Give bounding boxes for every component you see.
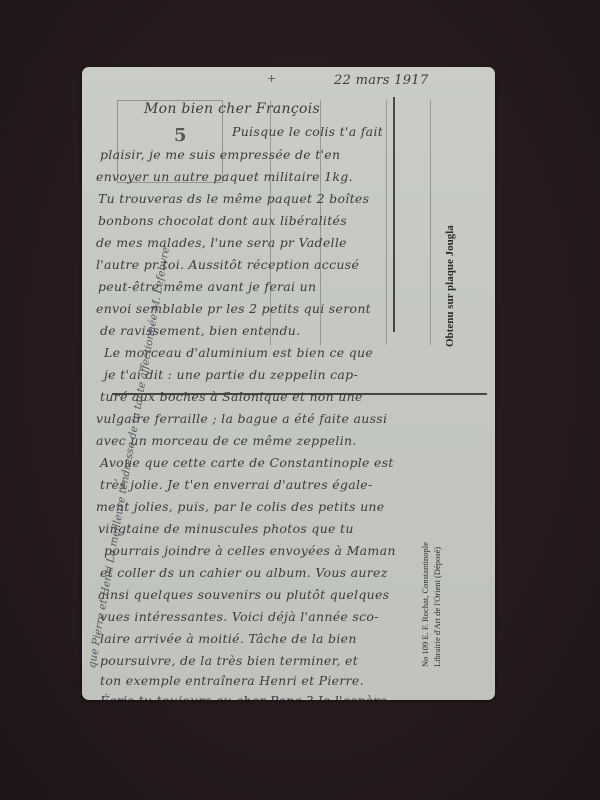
- letter-line: poursuivre, de la très bien terminer, et: [100, 653, 358, 668]
- top-mark: +: [267, 72, 276, 85]
- letter-line: ment jolies, puis, par le colis des peti…: [96, 499, 384, 514]
- letter-line: envoyer un autre paquet militaire 1kg.: [96, 169, 353, 184]
- address-rule-3: [386, 100, 387, 345]
- letter-line: vues intéressantes. Voici déjà l'année s…: [100, 609, 379, 624]
- letter-line: plaisir, je me suis empressée de t'en: [100, 147, 340, 162]
- letter-line: de ravissement, bien entendu.: [100, 323, 300, 338]
- address-rule-4: [430, 100, 431, 345]
- letter-line: Tu trouveras ds le même paquet 2 boîtes: [98, 191, 369, 206]
- letter-line: et coller ds un cahier ou album. Vous au…: [100, 565, 388, 580]
- letter-line: envoi semblable pr les 2 petits qui sero…: [96, 301, 371, 316]
- postcard: + 22 mars 1917 5 Mon bien cher François …: [82, 67, 495, 700]
- letter-line: de mes malades, l'une sera pr Vadelle: [96, 235, 347, 250]
- center-divider: [393, 97, 395, 332]
- letter-line: bonbons chocolat dont aux libéralités: [98, 213, 347, 228]
- letter-line: ton exemple entraînera Henri et Pierre.: [100, 673, 364, 688]
- letter-line: laire arrivée à moitié. Tâche de la bien: [100, 631, 357, 646]
- date: 22 mars 1917: [334, 73, 428, 88]
- greeting: Mon bien cher François: [144, 101, 320, 117]
- printed-publisher-house: Librairie d'Art de l'Orient (Déposé): [432, 547, 442, 667]
- printed-plate-credit: Obtenu sur plaque Jougla: [444, 225, 456, 347]
- letter-line: ainsi quelques souvenirs ou plutôt quelq…: [98, 587, 389, 602]
- letter-line: très jolie. Je t'en enverrai d'autres ég…: [100, 477, 372, 492]
- letter-line: vingtaine de minuscules photos que tu: [98, 521, 354, 536]
- letter-line: l'autre pr toi. Aussitôt réception accus…: [96, 257, 359, 272]
- letter-line: Avoue que cette carte de Constantinople …: [100, 455, 394, 470]
- stamp-box-mark: 5: [174, 125, 187, 146]
- letter-line: Puisque le colis t'a fait: [232, 124, 383, 139]
- letter-line: peut-être même avant je ferai un: [98, 279, 316, 294]
- printed-publisher: No 109 E. F. Rochat, Constantinople: [420, 542, 430, 667]
- letter-line: pourrais joindre à celles envoyées à Mam…: [104, 543, 396, 558]
- letter-line: Écris-tu toujours au cher Papa ? Je l'es…: [100, 693, 391, 700]
